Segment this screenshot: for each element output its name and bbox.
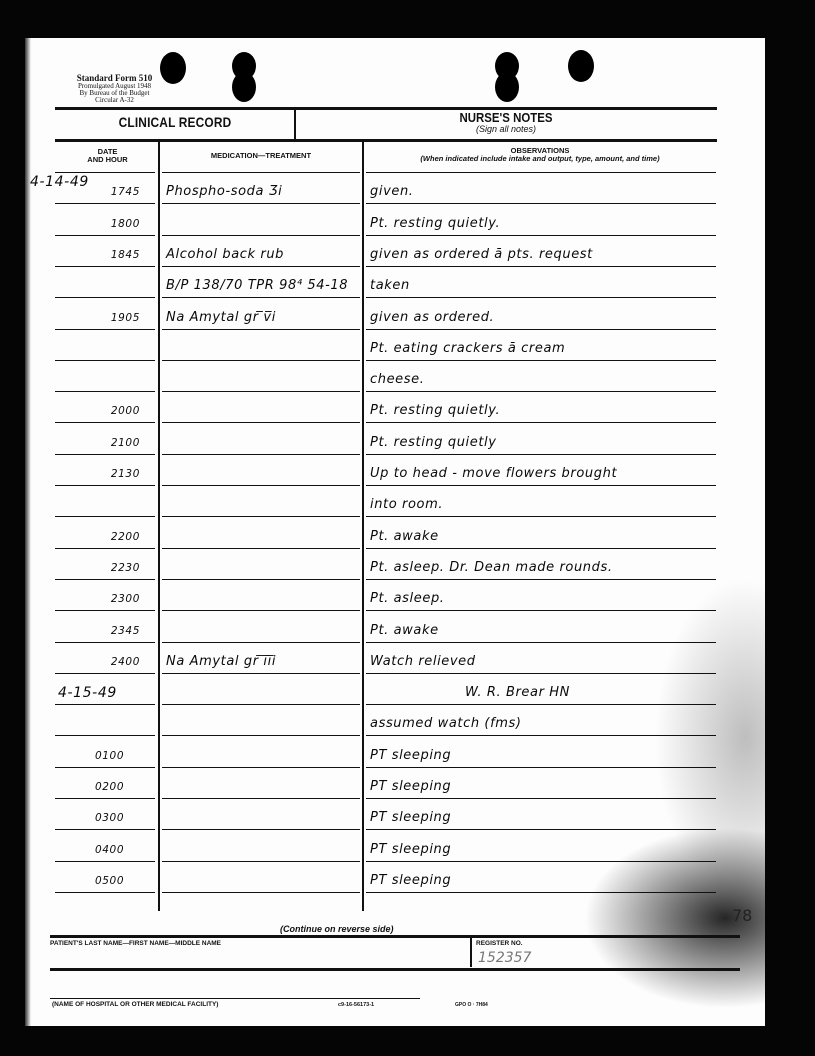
row-line xyxy=(55,610,155,611)
row-line xyxy=(162,767,360,768)
entry-medication: Phospho-soda Ʒi xyxy=(166,184,282,199)
register-number: 152357 xyxy=(478,950,531,966)
entry-medication: Na Amytal gr ̅v̅i xyxy=(166,310,276,325)
column-divider-date xyxy=(158,141,160,911)
row-line xyxy=(366,391,716,392)
entry-time: 0500 xyxy=(95,875,175,887)
row-line xyxy=(55,548,155,549)
date-column-header: DATE AND HOUR xyxy=(60,148,155,164)
form-circular: Circular A-32 xyxy=(62,97,167,104)
row-line xyxy=(366,673,716,674)
entry-time: 1845 xyxy=(60,249,140,261)
row-line xyxy=(55,360,155,361)
row-line xyxy=(162,516,360,517)
row-line xyxy=(55,829,155,830)
row-line xyxy=(366,297,716,298)
observations-column-header: OBSERVATIONS (When indicated include int… xyxy=(365,147,715,163)
entry-time: 1800 xyxy=(60,218,140,230)
row-line xyxy=(366,704,716,705)
hour-label: AND HOUR xyxy=(60,156,155,164)
row-line xyxy=(162,704,360,705)
row-line xyxy=(366,829,716,830)
entry-observation: Watch relieved xyxy=(370,654,476,669)
entry-time: 0300 xyxy=(95,812,175,824)
row-line xyxy=(162,485,360,486)
row-line xyxy=(162,579,360,580)
row-line xyxy=(162,297,360,298)
entry-time: 0200 xyxy=(95,781,175,793)
nurses-notes-heading: NURSE'S NOTES xyxy=(321,110,691,125)
entry-time: 2130 xyxy=(60,468,140,480)
footer-mid-rule xyxy=(50,968,740,971)
observations-instructions: (When indicated include intake and outpu… xyxy=(365,155,715,163)
row-line xyxy=(366,266,716,267)
entry-time: 2230 xyxy=(60,562,140,574)
entry-time: 1905 xyxy=(60,312,140,324)
row-line xyxy=(366,642,716,643)
row-line xyxy=(366,485,716,486)
entry-observation: taken xyxy=(370,278,410,293)
entry-observation: Up to head - move flowers brought xyxy=(370,466,617,481)
row-line xyxy=(55,485,155,486)
footer-top-rule xyxy=(50,935,740,938)
row-line xyxy=(162,360,360,361)
entry-observation: Pt. asleep. Dr. Dean made rounds. xyxy=(370,560,613,575)
medication-column-header: MEDICATION—TREATMENT xyxy=(162,152,360,160)
entry-observation: PT sleeping xyxy=(370,842,451,857)
row-line xyxy=(55,673,155,674)
register-label: REGISTER NO. xyxy=(476,940,523,947)
entry-observation: W. R. Brear HN xyxy=(465,685,570,700)
entry-medication: Na Amytal gr ̅i̅i̅i xyxy=(166,654,276,669)
column-divider-medication xyxy=(362,141,364,911)
entry-observation: Pt. resting quietly. xyxy=(370,403,500,418)
entry-observation: PT sleeping xyxy=(370,810,451,825)
row-line xyxy=(55,422,155,423)
row-line xyxy=(162,203,360,204)
row-line xyxy=(55,767,155,768)
entry-observation: assumed watch (fms) xyxy=(370,716,522,731)
row-line xyxy=(162,391,360,392)
row-line xyxy=(162,172,360,173)
row-line xyxy=(55,704,155,705)
row-line xyxy=(366,172,716,173)
continue-note: (Continue on reverse side) xyxy=(280,924,394,934)
row-line xyxy=(55,642,155,643)
row-line xyxy=(162,861,360,862)
row-line xyxy=(366,329,716,330)
row-line xyxy=(366,892,716,893)
entry-observation: PT sleeping xyxy=(370,748,451,763)
row-line xyxy=(366,548,716,549)
row-line xyxy=(366,454,716,455)
entry-time: 0100 xyxy=(95,750,175,762)
print-code: c9-16-56173-1 xyxy=(338,1002,374,1008)
entry-observation: Pt. resting quietly. xyxy=(370,216,500,231)
row-line xyxy=(55,297,155,298)
entry-time: 2100 xyxy=(60,437,140,449)
row-line xyxy=(55,391,155,392)
row-line xyxy=(55,516,155,517)
entry-time: 2000 xyxy=(60,405,140,417)
hospital-line xyxy=(50,998,420,999)
row-line xyxy=(162,266,360,267)
punch-hole xyxy=(232,72,256,102)
row-line xyxy=(55,266,155,267)
row-line xyxy=(162,235,360,236)
row-line xyxy=(162,610,360,611)
row-line xyxy=(55,892,155,893)
row-line xyxy=(366,203,716,204)
row-line xyxy=(55,798,155,799)
entry-observation: PT sleeping xyxy=(370,873,451,888)
row-line xyxy=(366,516,716,517)
row-line xyxy=(162,892,360,893)
patient-name-label: PATIENT'S LAST NAME—FIRST NAME—MIDDLE NA… xyxy=(50,940,221,947)
row-line xyxy=(55,735,155,736)
row-line xyxy=(366,798,716,799)
entry-observation: cheese. xyxy=(370,372,425,387)
entry-observation: given. xyxy=(370,184,414,199)
row-line xyxy=(366,422,716,423)
entry-medication: Alcohol back rub xyxy=(166,247,284,262)
sign-all-notes: (Sign all notes) xyxy=(296,124,716,134)
row-line xyxy=(366,767,716,768)
nurses-notes-title: NURSE'S NOTES (Sign all notes) xyxy=(296,110,716,134)
row-line xyxy=(366,861,716,862)
row-line xyxy=(366,235,716,236)
row-line xyxy=(366,610,716,611)
clinical-record-title: CLINICAL RECORD xyxy=(73,114,277,130)
entry-observation: Pt. awake xyxy=(370,623,439,638)
entry-observation: given as ordered. xyxy=(370,310,494,325)
entry-medication: B/P 138/70 TPR 98⁴ 54-18 xyxy=(166,278,348,293)
entry-time: 0400 xyxy=(95,844,175,856)
header-mid-rule xyxy=(55,139,717,142)
row-line xyxy=(162,454,360,455)
entry-time: 2300 xyxy=(60,593,140,605)
entry-observation: into room. xyxy=(370,497,443,512)
gpo-code: GPO O · 7H84 xyxy=(455,1002,488,1008)
row-line xyxy=(162,829,360,830)
entry-date: 4-15-49 xyxy=(58,685,117,701)
punch-hole xyxy=(568,50,594,82)
punch-hole xyxy=(495,72,519,102)
row-line xyxy=(55,454,155,455)
row-line xyxy=(162,798,360,799)
row-line xyxy=(162,329,360,330)
row-line xyxy=(162,422,360,423)
entry-time: 2200 xyxy=(60,531,140,543)
entry-observation: Pt. awake xyxy=(370,529,439,544)
row-line xyxy=(162,673,360,674)
row-line xyxy=(366,579,716,580)
register-divider xyxy=(470,937,472,967)
entry-observation: Pt. eating crackers ā cream xyxy=(370,341,565,356)
row-line xyxy=(162,735,360,736)
row-line xyxy=(162,642,360,643)
row-line xyxy=(55,861,155,862)
entry-time: 2400 xyxy=(60,656,140,668)
hospital-label: (NAME OF HOSPITAL OR OTHER MEDICAL FACIL… xyxy=(52,1001,218,1008)
entry-observation: given as ordered ā pts. request xyxy=(370,247,593,262)
form-identifier: Standard Form 510 Promulgated August 194… xyxy=(62,74,167,104)
row-line xyxy=(55,235,155,236)
row-line xyxy=(55,329,155,330)
entry-time: 2345 xyxy=(60,625,140,637)
entry-observation: Pt. resting quietly xyxy=(370,435,497,450)
row-line xyxy=(162,548,360,549)
row-line xyxy=(366,360,716,361)
row-line xyxy=(366,735,716,736)
entry-time: 1745 xyxy=(60,186,140,198)
entry-observation: Pt. asleep. xyxy=(370,591,445,606)
row-line xyxy=(55,203,155,204)
entry-observation: PT sleeping xyxy=(370,779,451,794)
margin-mark: 78 xyxy=(732,906,752,925)
row-line xyxy=(55,579,155,580)
